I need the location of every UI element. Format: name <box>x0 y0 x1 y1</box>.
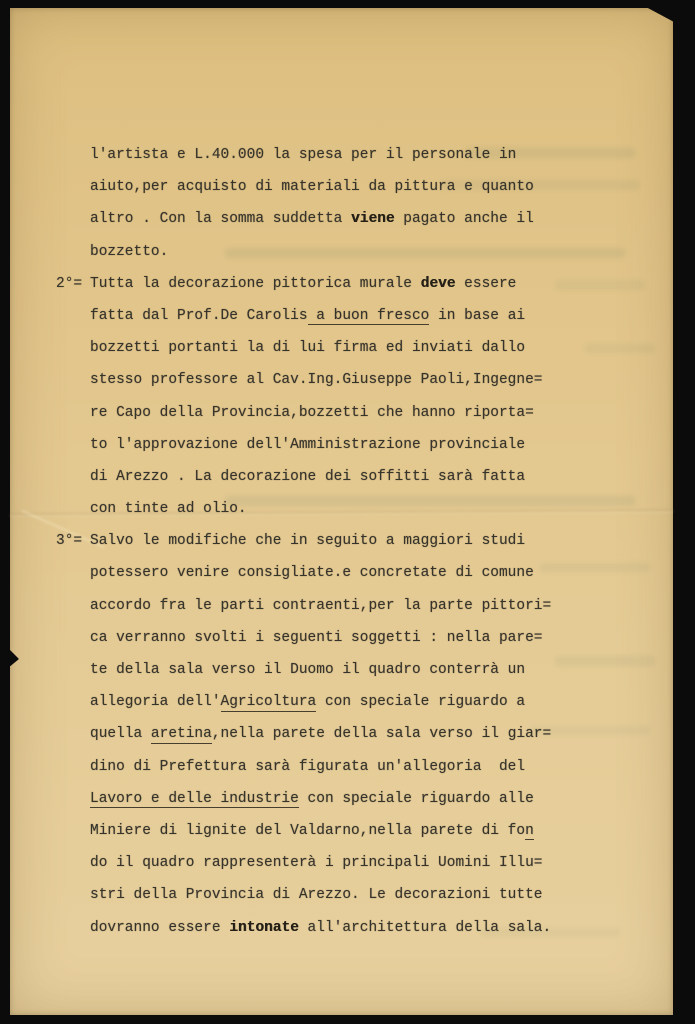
text-line: ca verranno svolti i seguenti soggetti :… <box>90 622 610 654</box>
underlined-text-segment: n <box>525 823 534 841</box>
text-segment: quella <box>90 726 151 742</box>
text-line: aiuto,per acquisto di materiali da pittu… <box>90 171 610 203</box>
text-line: to l'approvazione dell'Amministrazione p… <box>90 429 610 461</box>
text-line: l'artista e L.40.000 la spesa per il per… <box>90 139 610 171</box>
text-line: do il quadro rappresenterà i principali … <box>90 847 610 879</box>
text-segment: Tutta la decorazione pittorica murale <box>90 276 421 292</box>
item-number-marker: 2°= <box>56 268 82 300</box>
text-line: Miniere di lignite del Valdarno,nella pa… <box>90 815 610 847</box>
text-line: te della sala verso il Duomo il quadro c… <box>90 654 610 686</box>
text-segment: all'architettura della sala. <box>299 920 551 936</box>
text-line: allegoria dell'Agricoltura con speciale … <box>90 686 610 718</box>
text-segment: in base ai <box>429 308 525 324</box>
text-segment: di Arezzo . La decorazione dei soffitti … <box>90 469 525 485</box>
text-line: dovranno essere intonate all'architettur… <box>90 912 610 944</box>
text-segment: pagato anche il <box>395 211 534 227</box>
underlined-text-segment: a buon fresco <box>308 308 430 326</box>
text-segment: Miniere di lignite del Valdarno,nella pa… <box>90 823 525 839</box>
text-segment: dovranno essere <box>90 920 229 936</box>
text-segment: fatta dal Prof.De Carolis <box>90 308 308 324</box>
text-line: Lavoro e delle industrie con speciale ri… <box>90 783 610 815</box>
photo-background: l'artista e L.40.000 la spesa per il per… <box>0 0 695 1024</box>
underlined-text-segment: Lavoro e delle industrie <box>90 791 299 809</box>
text-segment: l'artista e L.40.000 la spesa per il per… <box>90 147 516 163</box>
text-segment: ,nella parete della sala verso il giar= <box>212 726 551 742</box>
text-line: fatta dal Prof.De Carolis a buon fresco … <box>90 300 610 332</box>
text-line: potessero venire consigliate.e concretat… <box>90 557 610 589</box>
text-line: accordo fra le parti contraenti,per la p… <box>90 590 610 622</box>
text-line: stesso professore al Cav.Ing.Giuseppe Pa… <box>90 364 610 396</box>
text-segment: te della sala verso il Duomo il quadro c… <box>90 662 525 678</box>
text-segment: bozzetti portanti la di lui firma ed inv… <box>90 340 525 356</box>
text-segment: potessero venire consigliate.e concretat… <box>90 565 534 581</box>
text-line: 3°=Salvo le modifiche che in seguito a m… <box>90 525 610 557</box>
text-line: altro . Con la somma suddetta viene paga… <box>90 203 610 235</box>
underlined-text-segment: aretina <box>151 726 212 744</box>
text-segment: ca verranno svolti i seguenti soggetti :… <box>90 630 542 646</box>
text-segment: stri della Provincia di Arezzo. Le decor… <box>90 887 542 903</box>
text-segment: con speciale riguardo a <box>316 694 525 710</box>
text-segment: Salvo le modifiche che in seguito a magg… <box>90 533 525 549</box>
paper-corner-cut <box>646 7 674 22</box>
text-line: con tinte ad olio. <box>90 493 610 525</box>
text-segment: bozzetto. <box>90 244 168 260</box>
text-segment: con speciale riguardo alle <box>299 791 534 807</box>
text-segment: deve <box>421 276 456 292</box>
text-segment: re Capo della Provincia,bozzetti che han… <box>90 405 534 421</box>
text-line: dino di Prefettura sarà figurata un'alle… <box>90 751 610 783</box>
text-segment: viene <box>351 211 395 227</box>
text-segment: dino di Prefettura sarà figurata un'alle… <box>90 759 525 775</box>
text-segment: con tinte ad olio. <box>90 501 247 517</box>
text-line: 2°=Tutta la decorazione pittorica murale… <box>90 268 610 300</box>
text-segment: stesso professore al Cav.Ing.Giuseppe Pa… <box>90 372 542 388</box>
paper-edge-notch <box>8 648 19 668</box>
text-line: di Arezzo . La decorazione dei soffitti … <box>90 461 610 493</box>
item-number-marker: 3°= <box>56 525 82 557</box>
typed-text: l'artista e L.40.000 la spesa per il per… <box>90 139 610 944</box>
text-segment: allegoria dell' <box>90 694 221 710</box>
text-line: bozzetto. <box>90 236 610 268</box>
text-segment: intonate <box>229 920 299 936</box>
text-segment: accordo fra le parti contraenti,per la p… <box>90 598 551 614</box>
text-segment: do il quadro rappresenterà i principali … <box>90 855 542 871</box>
text-line: bozzetti portanti la di lui firma ed inv… <box>90 332 610 364</box>
text-line: quella aretina,nella parete della sala v… <box>90 718 610 750</box>
text-segment: to l'approvazione dell'Amministrazione p… <box>90 437 525 453</box>
text-line: re Capo della Provincia,bozzetti che han… <box>90 397 610 429</box>
text-line: stri della Provincia di Arezzo. Le decor… <box>90 879 610 911</box>
text-segment: aiuto,per acquisto di materiali da pittu… <box>90 179 534 195</box>
document-page: l'artista e L.40.000 la spesa per il per… <box>10 8 673 1015</box>
text-segment: altro . Con la somma suddetta <box>90 211 351 227</box>
text-segment: essere <box>455 276 516 292</box>
underlined-text-segment: Agricoltura <box>221 694 317 712</box>
